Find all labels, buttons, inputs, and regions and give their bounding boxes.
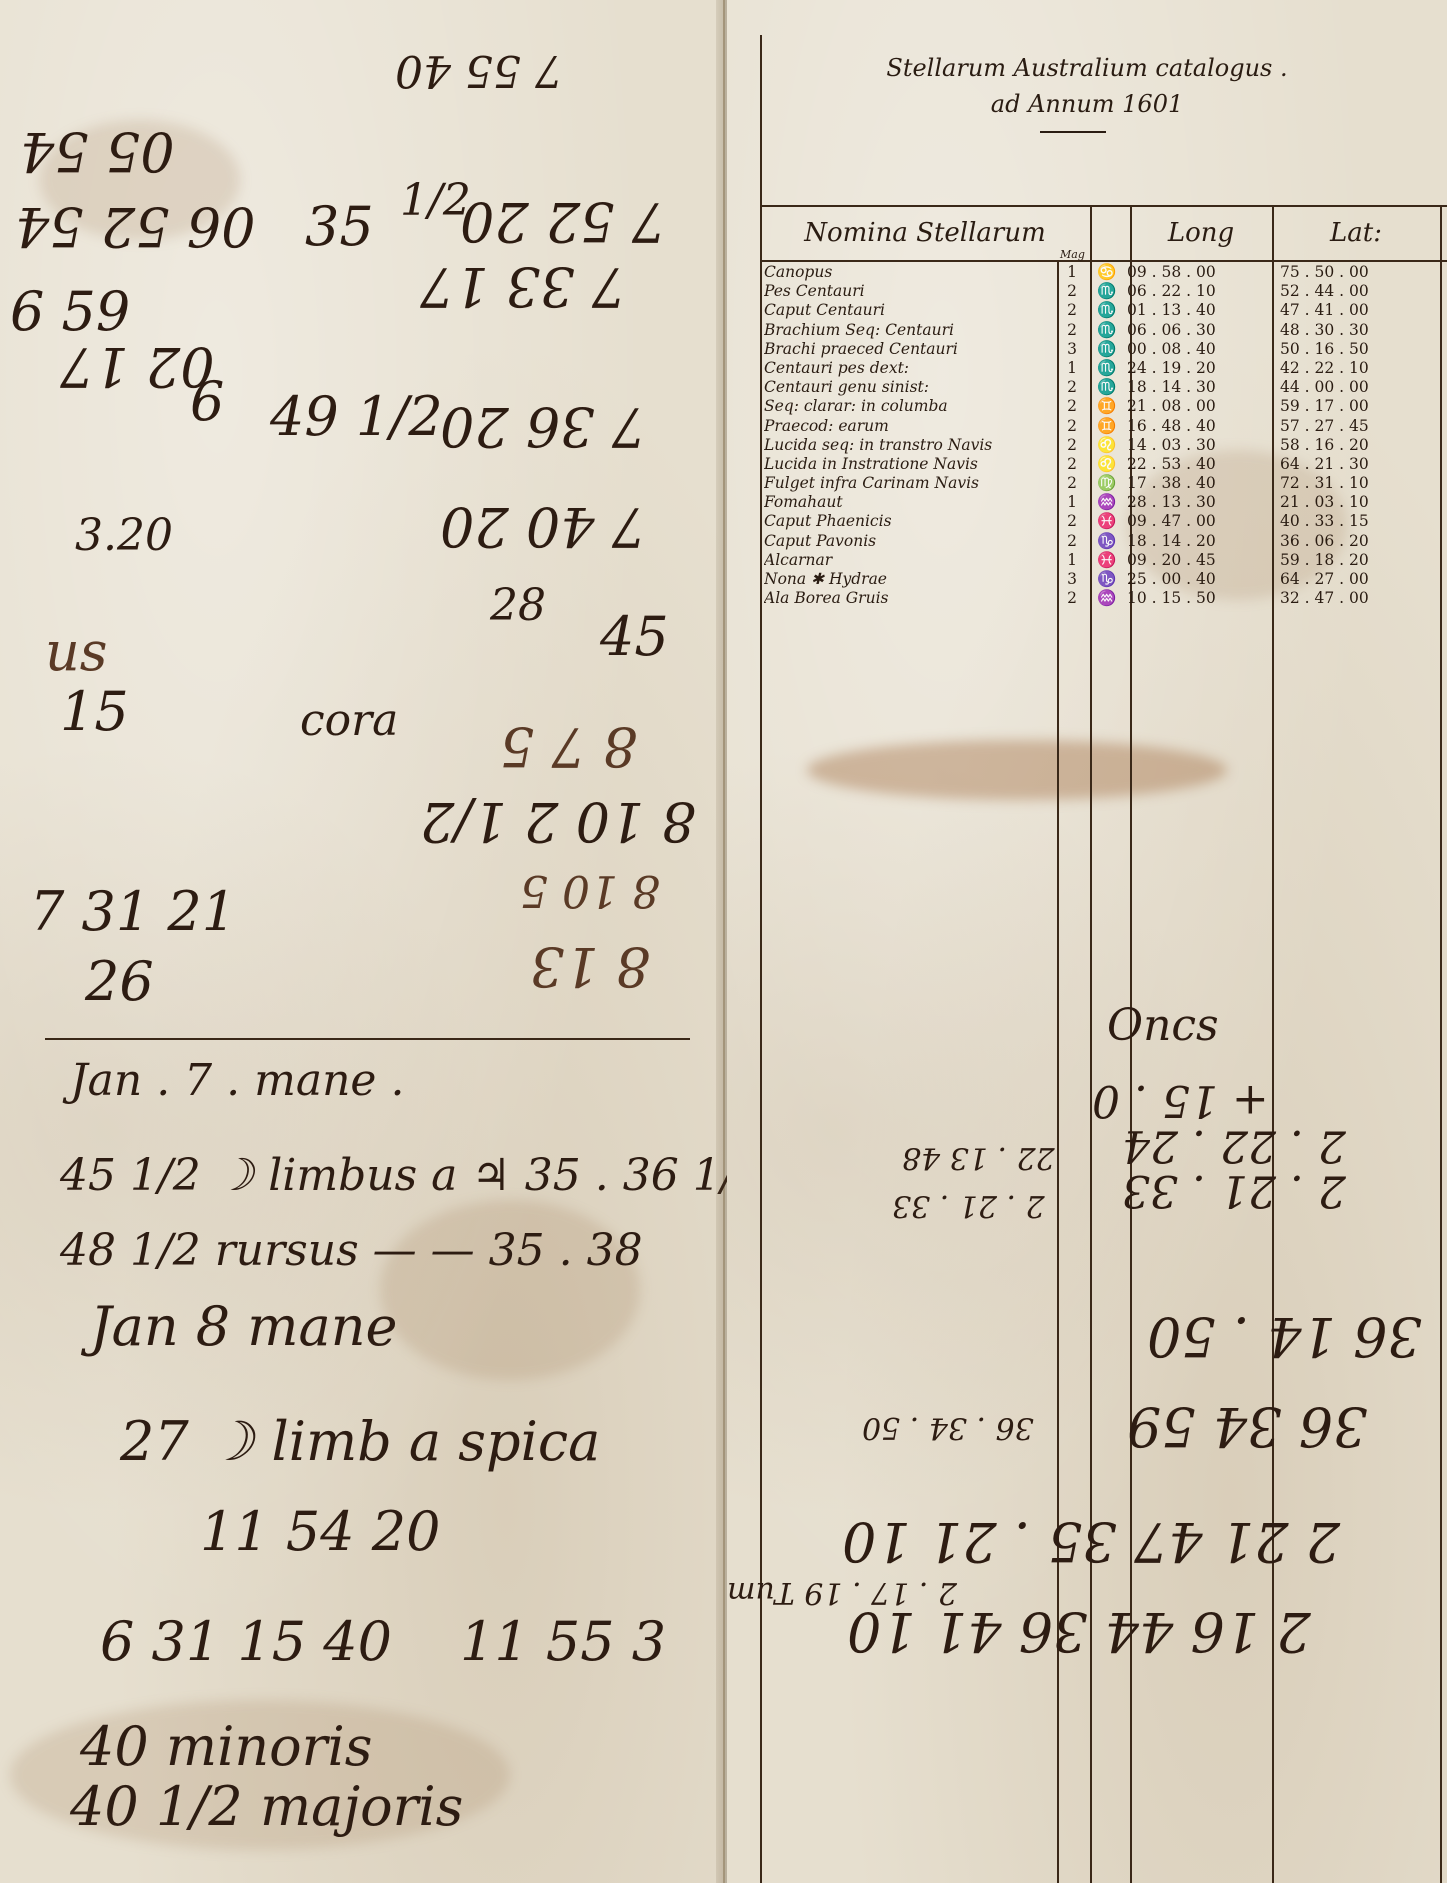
- note-lower-right: 2 . 21 . 33: [1122, 1165, 1346, 1216]
- zodiac-sign-icon: ♓: [1097, 512, 1127, 530]
- star-name: Centauri pes dext:: [764, 359, 1014, 377]
- note-lower-right: 22 . 13 48: [902, 1140, 1055, 1175]
- star-name: Caput Centauri: [764, 301, 1014, 319]
- table-row: Centauri genu sinist:2♏18 . 14 . 3044 . …: [760, 378, 1447, 397]
- star-name: Centauri genu sinist:: [764, 378, 1014, 396]
- zodiac-sign-icon: ♋: [1097, 263, 1127, 281]
- star-latitude: 59 . 18 . 20: [1280, 551, 1369, 569]
- star-magnitude: 2: [1060, 532, 1084, 550]
- star-longitude: 18 . 14 . 20: [1127, 532, 1216, 550]
- zodiac-sign-icon: ♏: [1097, 359, 1127, 377]
- star-latitude: 64 . 27 . 00: [1280, 570, 1369, 588]
- table-row: Brachi praeced Centauri3♏00 . 08 . 4050 …: [760, 340, 1447, 359]
- star-magnitude: 2: [1060, 417, 1084, 435]
- star-magnitude: 2: [1060, 378, 1084, 396]
- star-latitude: 72 . 31 . 10: [1280, 474, 1369, 492]
- observation-line: 11 54 20: [200, 1500, 440, 1563]
- table-row: Seq: clarar: in columba2♊21 . 08 . 0059 …: [760, 397, 1447, 416]
- table-row: Caput Phaenicis2♓09 . 47 . 0040 . 33 . 1…: [760, 512, 1447, 531]
- zodiac-sign-icon: ♑: [1097, 570, 1127, 588]
- note-lower-right: 2 16 44 36 41 10: [847, 1600, 1311, 1663]
- star-name: Caput Phaenicis: [764, 512, 1014, 530]
- star-longitude: 09 . 47 . 00: [1127, 512, 1216, 530]
- note-lower-right: 2 21 47 35 . 21 10: [842, 1510, 1340, 1573]
- left-page: 7 55 40 05 54 06 52 54 35 1/2 7 52 20 7 …: [0, 0, 725, 1883]
- observation-line: 40 minoris: [80, 1715, 372, 1778]
- zodiac-sign-icon: ♏: [1097, 301, 1127, 319]
- header-magnitude: Mag: [1060, 248, 1085, 261]
- star-latitude: 58 . 16 . 20: [1280, 436, 1369, 454]
- star-longitude: 24 . 19 . 20: [1127, 359, 1216, 377]
- star-longitude: 25 . 00 . 40: [1127, 570, 1216, 588]
- star-magnitude: 2: [1060, 474, 1084, 492]
- header-longitude: Long: [1130, 205, 1272, 260]
- observation-line: 45 1/2 ☽ limbus a ♃ 35 . 36 1/2: [60, 1150, 764, 1201]
- observation-line: 27 ☽ limb a spica: [120, 1410, 600, 1473]
- table-row: Centauri pes dext:1♏24 . 19 . 2042 . 22 …: [760, 359, 1447, 378]
- note-upper: 49 1/2: [270, 385, 443, 448]
- zodiac-sign-icon: ♏: [1097, 340, 1127, 358]
- table-body: Canopus1♋09 . 58 . 0075 . 50 . 00 Pes Ce…: [760, 263, 1447, 608]
- star-longitude: 28 . 13 . 30: [1127, 493, 1216, 511]
- star-longitude: 14 . 03 . 30: [1127, 436, 1216, 454]
- star-name: Fulget infra Carinam Navis: [764, 474, 1014, 492]
- star-magnitude: 2: [1060, 589, 1084, 607]
- star-magnitude: 2: [1060, 436, 1084, 454]
- note-upper: 8 13: [530, 935, 650, 998]
- star-magnitude: 1: [1060, 263, 1084, 281]
- table-row: Lucida in Instratione Navis2♌22 . 53 . 4…: [760, 455, 1447, 474]
- zodiac-sign-icon: ♏: [1097, 282, 1127, 300]
- star-latitude: 48 . 30 . 30: [1280, 321, 1369, 339]
- star-name: Caput Pavonis: [764, 532, 1014, 550]
- note-upper: 8 10 2 1/2: [420, 790, 696, 853]
- star-latitude: 47 . 41 . 00: [1280, 301, 1369, 319]
- star-latitude: 40 . 33 . 15: [1280, 512, 1369, 530]
- note-lower-right: + 15 . 0: [1092, 1075, 1269, 1126]
- star-name: Ala Borea Gruis: [764, 589, 1014, 607]
- note-lower-right: 36 . 34 . 50: [862, 1410, 1034, 1445]
- star-latitude: 64 . 21 . 30: [1280, 455, 1369, 473]
- note-lower-right: 2 . 21 . 33: [892, 1188, 1045, 1223]
- table-row: Caput Centauri2♏01 . 13 . 4047 . 41 . 00: [760, 301, 1447, 320]
- zodiac-sign-icon: ♏: [1097, 321, 1127, 339]
- star-longitude: 09 . 20 . 45: [1127, 551, 1216, 569]
- note-upper: 06 52 54: [15, 195, 255, 258]
- right-page: Stellarum Australium catalogus . ad Annu…: [727, 0, 1447, 1883]
- table-row: Nona ✱ Hydrae3♑25 . 00 . 4064 . 27 . 00: [760, 570, 1447, 589]
- star-latitude: 32 . 47 . 00: [1280, 589, 1369, 607]
- catalogue-title: Stellarum Australium catalogus .: [727, 54, 1447, 82]
- zodiac-sign-icon: ♍: [1097, 474, 1127, 492]
- star-latitude: 21 . 03 . 10: [1280, 493, 1369, 511]
- observation-line: Jan 8 mane: [90, 1295, 397, 1358]
- star-longitude: 00 . 08 . 40: [1127, 340, 1216, 358]
- ink-stain: [807, 740, 1227, 800]
- star-longitude: 16 . 48 . 40: [1127, 417, 1216, 435]
- zodiac-sign-icon: ♏: [1097, 378, 1127, 396]
- star-longitude: 01 . 13 . 40: [1127, 301, 1216, 319]
- note-upper: 7 52 20: [460, 190, 666, 253]
- star-name: Fomahaut: [764, 493, 1014, 511]
- star-magnitude: 3: [1060, 340, 1084, 358]
- star-magnitude: 2: [1060, 282, 1084, 300]
- zodiac-sign-icon: ♊: [1097, 417, 1127, 435]
- note-upper: 7 40 20: [440, 495, 646, 558]
- zodiac-sign-icon: ♒: [1097, 589, 1127, 607]
- star-magnitude: 1: [1060, 359, 1084, 377]
- star-name: Alcarnar: [764, 551, 1014, 569]
- note-upper: 7 31 21: [30, 880, 236, 943]
- note-upper: 7 36 20: [440, 395, 646, 458]
- note-upper: 6 59: [10, 280, 130, 343]
- star-latitude: 50 . 16 . 50: [1280, 340, 1369, 358]
- note-upper: 7 33 17: [420, 255, 626, 318]
- divider-line: [45, 1038, 690, 1040]
- note-upper: 35: [305, 195, 374, 258]
- star-name: Lucida in Instratione Navis: [764, 455, 1014, 473]
- star-latitude: 42 . 22 . 10: [1280, 359, 1369, 377]
- note-lower-right: 2 . 22 . 24: [1122, 1120, 1346, 1171]
- note-upper: 8 10 5: [520, 865, 660, 916]
- table-row: Alcarnar1♓09 . 20 . 4559 . 18 . 20: [760, 551, 1447, 570]
- star-name: Brachium Seq: Centauri: [764, 321, 1014, 339]
- star-longitude: 18 . 14 . 30: [1127, 378, 1216, 396]
- observation-line: 6 31 15 40: [100, 1610, 392, 1673]
- table-row: Canopus1♋09 . 58 . 0075 . 50 . 00: [760, 263, 1447, 282]
- note-upper: 28: [490, 580, 546, 631]
- note-upper: 3.20: [75, 510, 173, 561]
- header-names: Nomina Stellarum: [760, 205, 1090, 260]
- note-lower-right: 36 14 . 50: [1147, 1305, 1422, 1368]
- table-row: Caput Pavonis2♑18 . 14 . 2036 . 06 . 20: [760, 532, 1447, 551]
- star-name: Brachi praeced Centauri: [764, 340, 1014, 358]
- note-upper: us: [45, 620, 108, 683]
- table-row: Brachium Seq: Centauri2♏06 . 06 . 3048 .…: [760, 321, 1447, 340]
- catalogue-subtitle: ad Annum 1601: [727, 90, 1447, 118]
- note-upper: 26: [85, 950, 154, 1013]
- table-row: Fomahaut1♒28 . 13 . 3021 . 03 . 10: [760, 493, 1447, 512]
- star-magnitude: 2: [1060, 301, 1084, 319]
- zodiac-sign-icon: ♌: [1097, 455, 1127, 473]
- star-latitude: 52 . 44 . 00: [1280, 282, 1369, 300]
- note-upper: 6: [190, 370, 224, 433]
- table-row: Lucida seq: in transtro Navis2♌14 . 03 .…: [760, 436, 1447, 455]
- note-upper: cora: [300, 695, 398, 746]
- observation-line: 48 1/2 rursus — — 35 . 38: [60, 1225, 643, 1276]
- star-latitude: 59 . 17 . 00: [1280, 397, 1369, 415]
- table-row: Pes Centauri2♏06 . 22 . 1052 . 44 . 00: [760, 282, 1447, 301]
- star-latitude: 44 . 00 . 00: [1280, 378, 1369, 396]
- star-longitude: 06 . 06 . 30: [1127, 321, 1216, 339]
- star-longitude: 06 . 22 . 10: [1127, 282, 1216, 300]
- star-magnitude: 1: [1060, 551, 1084, 569]
- star-longitude: 10 . 15 . 50: [1127, 589, 1216, 607]
- table-row: Praecod: earum2♊16 . 48 . 4057 . 27 . 45: [760, 417, 1447, 436]
- star-longitude: 17 . 38 . 40: [1127, 474, 1216, 492]
- star-name: Nona ✱ Hydrae: [764, 570, 1014, 588]
- observation-line: 40 1/2 majoris: [70, 1775, 463, 1838]
- star-magnitude: 2: [1060, 455, 1084, 473]
- note-lower-right: 36 34 59: [1127, 1395, 1367, 1458]
- star-longitude: 21 . 08 . 00: [1127, 397, 1216, 415]
- zodiac-sign-icon: ♌: [1097, 436, 1127, 454]
- note-upper: 05 54: [20, 120, 175, 183]
- zodiac-sign-icon: ♊: [1097, 397, 1127, 415]
- star-latitude: 36 . 06 . 20: [1280, 532, 1369, 550]
- zodiac-sign-icon: ♓: [1097, 551, 1127, 569]
- table-row: Fulget infra Carinam Navis2♍17 . 38 . 40…: [760, 474, 1447, 493]
- title-underline: [1040, 131, 1106, 133]
- star-longitude: 22 . 53 . 40: [1127, 455, 1216, 473]
- star-magnitude: 2: [1060, 397, 1084, 415]
- note-upper: 45: [600, 605, 669, 668]
- star-name: Seq: clarar: in columba: [764, 397, 1014, 415]
- star-name: Praecod: earum: [764, 417, 1014, 435]
- table-header-rule: [760, 260, 1447, 262]
- note-lower-right: Oncs: [1107, 1000, 1219, 1051]
- table-row: Ala Borea Gruis2♒10 . 15 . 5032 . 47 . 0…: [760, 589, 1447, 608]
- note-upper: 8 7 5: [500, 715, 637, 778]
- star-magnitude: 1: [1060, 493, 1084, 511]
- note-upper: 15: [60, 680, 129, 743]
- star-magnitude: 2: [1060, 512, 1084, 530]
- note-upper: 7 55 40: [395, 45, 563, 96]
- observation-line: 11 55 3: [460, 1610, 666, 1673]
- star-name: Pes Centauri: [764, 282, 1014, 300]
- zodiac-sign-icon: ♒: [1097, 493, 1127, 511]
- star-longitude: 09 . 58 . 00: [1127, 263, 1216, 281]
- star-magnitude: 3: [1060, 570, 1084, 588]
- zodiac-sign-icon: ♑: [1097, 532, 1127, 550]
- star-magnitude: 2: [1060, 321, 1084, 339]
- observation-line: Jan . 7 . mane .: [70, 1055, 404, 1106]
- star-name: Canopus: [764, 263, 1014, 281]
- star-latitude: 75 . 50 . 00: [1280, 263, 1369, 281]
- header-latitude: Lat:: [1272, 205, 1440, 260]
- star-name: Lucida seq: in transtro Navis: [764, 436, 1014, 454]
- star-latitude: 57 . 27 . 45: [1280, 417, 1369, 435]
